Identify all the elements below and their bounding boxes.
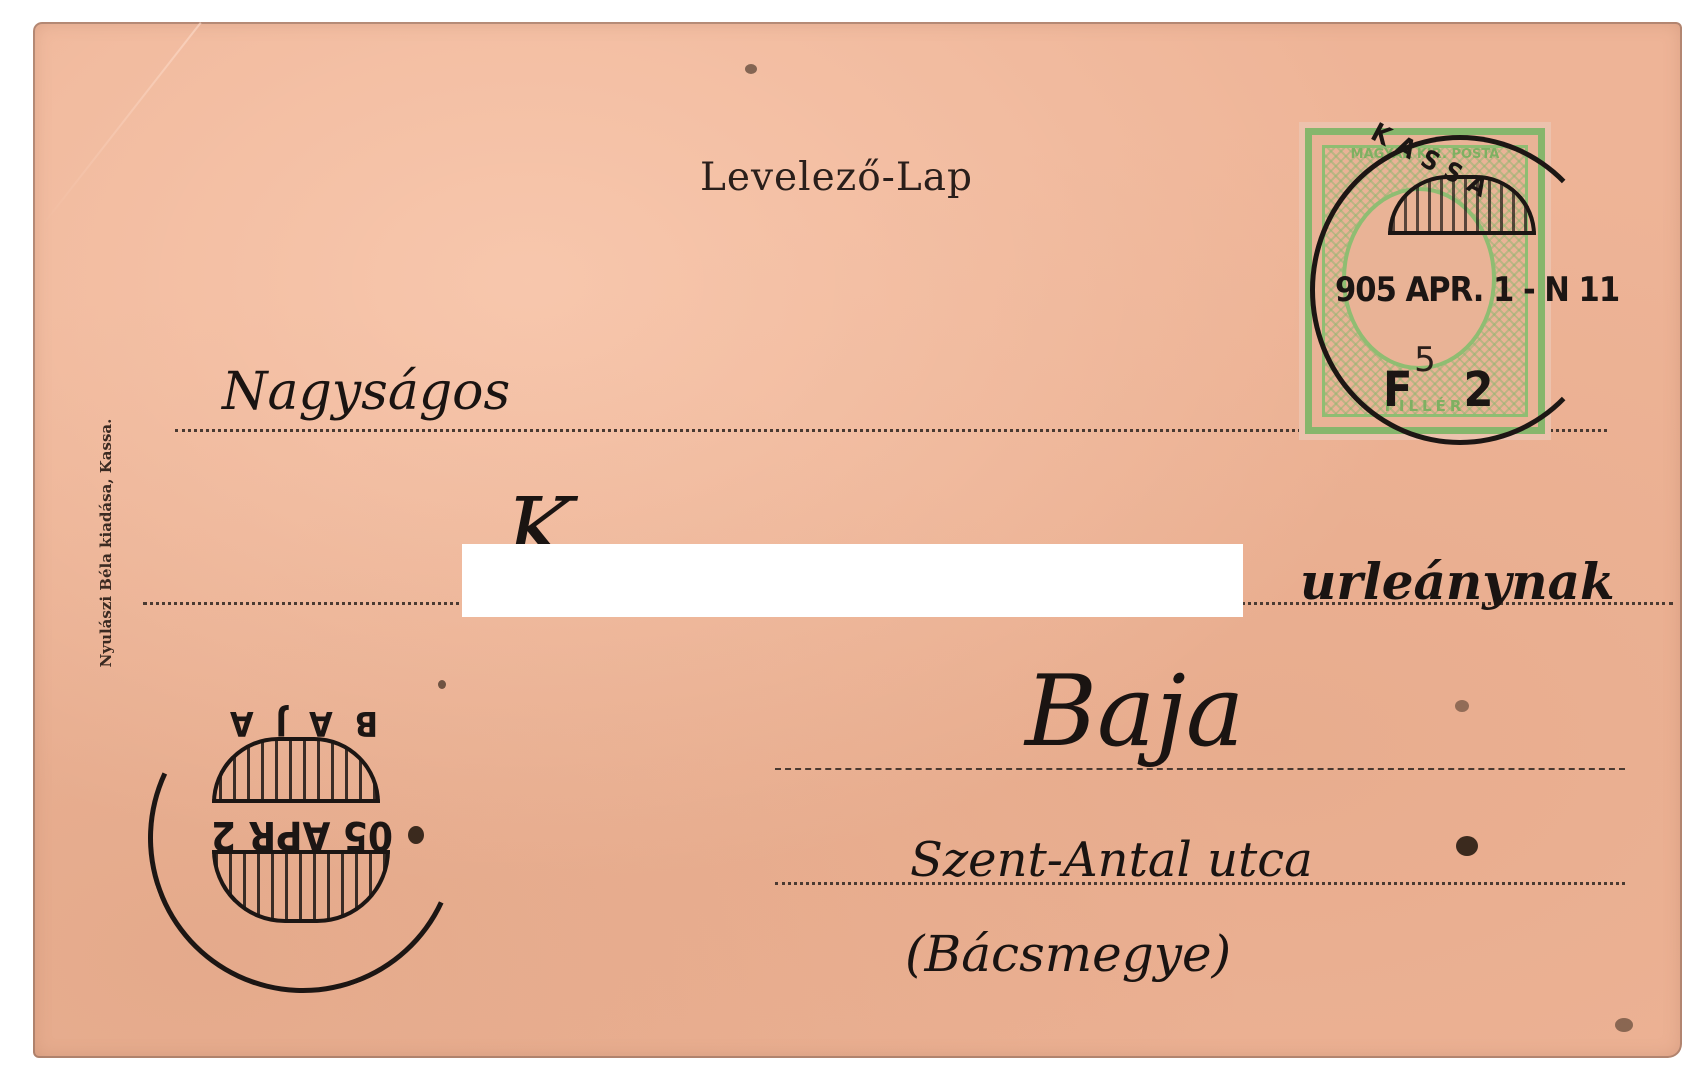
address-name-end: urleánynak xyxy=(1300,552,1615,611)
address-street: Szent-Antal utca xyxy=(910,832,1313,888)
paper-spot xyxy=(438,680,446,689)
arrival-postmark-inner: 05 APR 2 BAJA xyxy=(148,683,448,983)
address-county: (Bácsmegye) xyxy=(905,925,1231,983)
arrival-postmark-town: BAJA xyxy=(208,703,378,743)
publisher-imprint: Nyulászi Béla kiadása, Kassa. xyxy=(97,419,115,668)
dispatch-postmark-date: 905 APR. 1 - N 11 xyxy=(1335,270,1619,310)
arrival-postmark-segment-b xyxy=(212,737,380,803)
paper-spot xyxy=(1455,700,1469,712)
ink-stain xyxy=(408,826,424,844)
paper-spot xyxy=(745,64,757,74)
address-city: Baja xyxy=(1025,655,1244,769)
dispatch-postmark-office: F 2 xyxy=(1383,362,1512,418)
redaction-box xyxy=(462,544,1243,617)
arrival-postmark-segment-a xyxy=(212,850,390,923)
arrival-postmark-date: 05 APR 2 xyxy=(211,812,393,858)
ink-stain xyxy=(1456,836,1478,856)
paper-spot xyxy=(1615,1018,1633,1032)
address-salutation: Nagyságos xyxy=(222,362,510,422)
card-title: Levelező-Lap xyxy=(700,155,973,200)
